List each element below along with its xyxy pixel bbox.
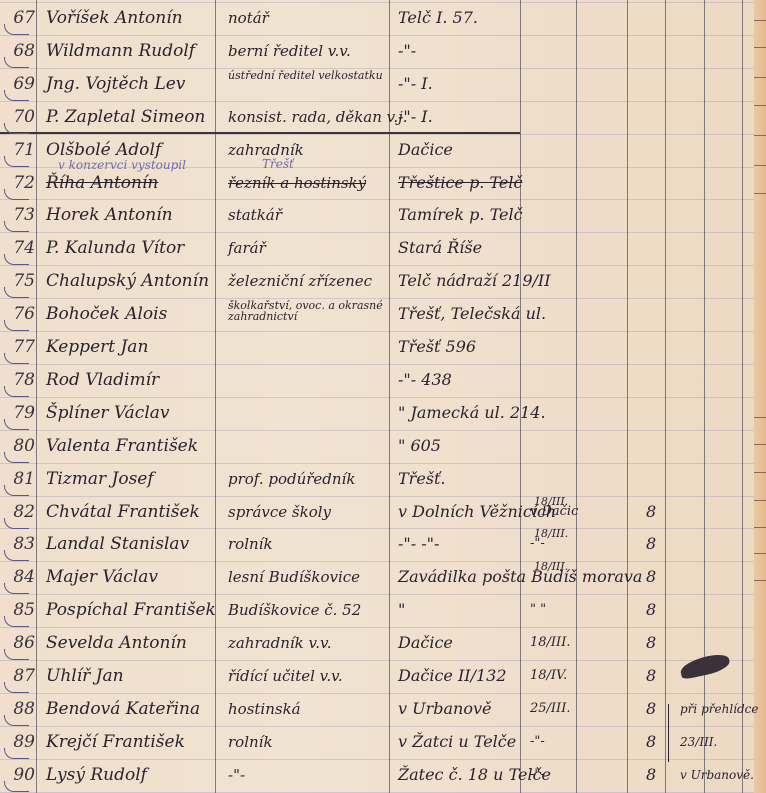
date: -"- <box>530 765 545 785</box>
address: Telč I. 57. <box>398 8 478 28</box>
occupation: statkář <box>228 205 282 225</box>
ledger-row: 81Tizmar Josefprof. podúředníkTřešť. <box>0 463 754 496</box>
address: Dačice <box>398 633 453 653</box>
entry-number: 81 <box>3 469 35 489</box>
member-name: Landal Stanislav <box>46 534 189 554</box>
address: v Urbanově <box>398 699 491 719</box>
edge-tick <box>754 472 766 473</box>
entry-number: 70 <box>3 107 35 127</box>
occupation: prof. podúředník <box>228 469 355 489</box>
entry-number: 73 <box>3 205 35 225</box>
bracket-mark <box>668 704 677 762</box>
address: Žatec č. 18 u Telče <box>398 765 551 785</box>
ledger-row: 67Voříšek AntonínnotářTelč I. 57. <box>0 2 754 35</box>
edge-tick <box>754 417 766 418</box>
member-name: P. Kalunda Vítor <box>46 238 184 258</box>
date-superscript: 18/III. <box>534 492 568 512</box>
entry-number: 83 <box>3 534 35 554</box>
member-name: Sevelda Antonín <box>46 633 187 653</box>
date: 18/III. <box>530 633 570 653</box>
row-ruling <box>0 792 754 793</box>
amount: 8 <box>646 502 656 522</box>
occupation: rolník <box>228 534 273 554</box>
occupation: správce školy <box>228 502 331 522</box>
date: " " <box>530 600 546 620</box>
edge-tick <box>754 47 766 48</box>
member-name: P. Zapletal Simeon <box>46 107 205 127</box>
occupation: řezník a hostinský <box>228 173 366 193</box>
member-name: Chalupský Antonín <box>46 271 209 291</box>
entry-number: 84 <box>3 567 35 587</box>
amount: 8 <box>646 732 656 752</box>
amount: 8 <box>646 534 656 554</box>
date: 25/III. <box>530 699 570 719</box>
occupation: rolník <box>228 732 273 752</box>
occupation: školkařství, ovoc. a okrasné zahradnictv… <box>228 300 388 322</box>
annotation: Třešť <box>262 157 294 171</box>
ledger-row: 70P. Zapletal Simeonkonsist. rada, děkan… <box>0 101 754 134</box>
entry-number: 89 <box>3 732 35 752</box>
annotation: v konzervci vystoupil <box>58 158 186 172</box>
member-name: Uhlíř Jan <box>46 666 124 686</box>
date-superscript: 18/III. <box>534 557 568 577</box>
occupation: železniční zřízenec <box>228 271 372 291</box>
amount: 8 <box>646 633 656 653</box>
ledger-row: 88Bendová Kateřinahostinskáv Urbanově25/… <box>0 693 754 726</box>
entry-number: 79 <box>3 403 35 423</box>
member-name: Wildmann Rudolf <box>46 41 195 61</box>
member-name: Jng. Vojtěch Lev <box>46 74 185 94</box>
amount: 8 <box>646 765 656 785</box>
address: -"- I. <box>398 107 433 127</box>
member-name: Tizmar Josef <box>46 469 154 489</box>
edge-tick <box>754 500 766 501</box>
ledger-row: 72Říha Antonínřezník a hostinskýTřeštice… <box>0 167 754 200</box>
member-name: Šplíner Václav <box>46 403 170 423</box>
entry-number: 82 <box>3 502 35 522</box>
entry-number: 80 <box>3 436 35 456</box>
member-name: Majer Václav <box>46 567 158 587</box>
ledger-row: 68Wildmann Rudolfberní ředitel v.v.-"- <box>0 35 754 68</box>
address: Telč nádraží 219/II <box>398 271 551 291</box>
entry-number: 69 <box>3 74 35 94</box>
ledger-row: 77Keppert JanTřešť 596 <box>0 331 754 364</box>
member-name: Valenta František <box>46 436 198 456</box>
address: Dačice II/132 <box>398 666 507 686</box>
date: 18/IV. <box>530 666 567 686</box>
address: " Jamecká ul. 214. <box>398 403 546 423</box>
address: Stará Říše <box>398 238 482 258</box>
member-name: Bendová Kateřina <box>46 699 200 719</box>
ledger-row: 87Uhlíř Janřídící učitel v.v.Dačice II/1… <box>0 660 754 693</box>
ledger-row: 86Sevelda Antonínzahradník v.v.Dačice18/… <box>0 627 754 660</box>
entry-number: 77 <box>3 337 35 357</box>
entry-number: 78 <box>3 370 35 390</box>
entry-number: 90 <box>3 765 35 785</box>
ledger-row: 76Bohoček Aloisškolkařství, ovoc. a okra… <box>0 298 754 331</box>
edge-tick <box>754 553 766 554</box>
occupation: farář <box>228 238 266 258</box>
member-name: Pospíchal František <box>46 600 216 620</box>
address: Třešť. <box>398 469 446 489</box>
edge-tick <box>754 165 766 166</box>
date: 18/III.-"- <box>530 534 545 554</box>
entry-number: 76 <box>3 304 35 324</box>
edge-tick <box>754 444 766 445</box>
ledger-row: 82Chvátal Františeksprávce školyv Dolníc… <box>0 496 754 529</box>
member-name: Krejčí František <box>46 732 185 752</box>
date: -"- <box>530 732 545 752</box>
occupation: řídící učitel v.v. <box>228 666 343 686</box>
member-name: Keppert Jan <box>46 337 148 357</box>
occupation: konsist. rada, děkan v.j. <box>228 107 408 127</box>
address: v Žatci u Telče <box>398 732 516 752</box>
amount: 8 <box>646 600 656 620</box>
ledger-row: 79Šplíner Václav" Jamecká ul. 214. <box>0 397 754 430</box>
amount: 8 <box>646 567 656 587</box>
address: -"- I. <box>398 74 433 94</box>
entry-number: 87 <box>3 666 35 686</box>
date-superscript: 18/III. <box>534 524 568 544</box>
member-name: Lysý Rudolf <box>46 765 147 785</box>
entry-number: 74 <box>3 238 35 258</box>
ledger-row: 83Landal Stanislavrolník-"- -"-18/III.-"… <box>0 528 754 561</box>
member-name: Voříšek Antonín <box>46 8 183 28</box>
ledger-row: 74P. Kalunda VítorfarářStará Říše <box>0 232 754 265</box>
occupation: berní ředitel v.v. <box>228 41 351 61</box>
member-name: Rod Vladimír <box>46 370 159 390</box>
ledger-row: 78Rod Vladimír-"- 438 <box>0 364 754 397</box>
entry-number: 75 <box>3 271 35 291</box>
occupation: ústřední ředitel velkostatku <box>228 70 388 81</box>
occupation: zahradník v.v. <box>228 633 331 653</box>
page-edge <box>754 0 766 793</box>
member-name: Chvátal František <box>46 502 200 522</box>
address: -"- <box>398 41 416 61</box>
entry-number: 72 <box>3 173 35 193</box>
address: Třešť, Telečská ul. <box>398 304 546 324</box>
address: -"- 438 <box>398 370 452 390</box>
entry-number: 85 <box>3 600 35 620</box>
occupation: Budíškovice č. 52 <box>228 600 361 620</box>
amount: 8 <box>646 699 656 719</box>
ledger-row: 75Chalupský Antonínželezniční zřízenecTe… <box>0 265 754 298</box>
occupation: notář <box>228 8 269 28</box>
entry-number: 68 <box>3 41 35 61</box>
address: Třešť 596 <box>398 337 476 357</box>
member-name: Horek Antonín <box>46 205 173 225</box>
occupation: -"- <box>228 765 245 785</box>
ledger-row: 69Jng. Vojtěch Levústřední ředitel velko… <box>0 68 754 101</box>
entry-number: 86 <box>3 633 35 653</box>
address: -"- -"- <box>398 534 439 554</box>
edge-tick <box>754 527 766 528</box>
edge-tick <box>754 77 766 78</box>
note: v Urbanově. <box>680 765 754 785</box>
date: 18/III.v Dačic <box>530 502 578 522</box>
edge-tick <box>754 20 766 21</box>
edge-tick <box>754 193 766 194</box>
ledger-row: 73Horek AntonínstatkářTamírek p. Telč <box>0 199 754 232</box>
occupation: hostinská <box>228 699 301 719</box>
address: " <box>398 600 405 620</box>
entry-number: 88 <box>3 699 35 719</box>
ledger-row: 85Pospíchal FrantišekBudíškovice č. 52""… <box>0 594 754 627</box>
address: Dačice <box>398 140 453 160</box>
ledger-row: 89Krejčí Františekrolníkv Žatci u Telče-… <box>0 726 754 759</box>
address: " 605 <box>398 436 441 456</box>
note: 23/III. <box>680 732 717 752</box>
occupation: lesní Budíškovice <box>228 567 360 587</box>
edge-tick <box>754 135 766 136</box>
amount: 8 <box>646 666 656 686</box>
member-name: Říha Antonín <box>46 173 158 193</box>
ledger-row: 80Valenta František" 605 <box>0 430 754 463</box>
note: při přehlídce <box>680 699 759 719</box>
edge-tick <box>754 580 766 581</box>
ledger-row: 90Lysý Rudolf-"-Žatec č. 18 u Telče-"-8v… <box>0 759 754 792</box>
address: Třeštice p. Telč <box>398 173 522 193</box>
member-name: Bohoček Alois <box>46 304 167 324</box>
entry-number: 71 <box>3 140 35 160</box>
ledger-row: 84Majer Václavlesní BudíškoviceZavádilka… <box>0 561 754 594</box>
address: Tamírek p. Telč <box>398 205 523 225</box>
edge-tick <box>754 105 766 106</box>
address: Zavádilka pošta Budíš morava <box>398 567 642 587</box>
entry-number: 67 <box>3 8 35 28</box>
